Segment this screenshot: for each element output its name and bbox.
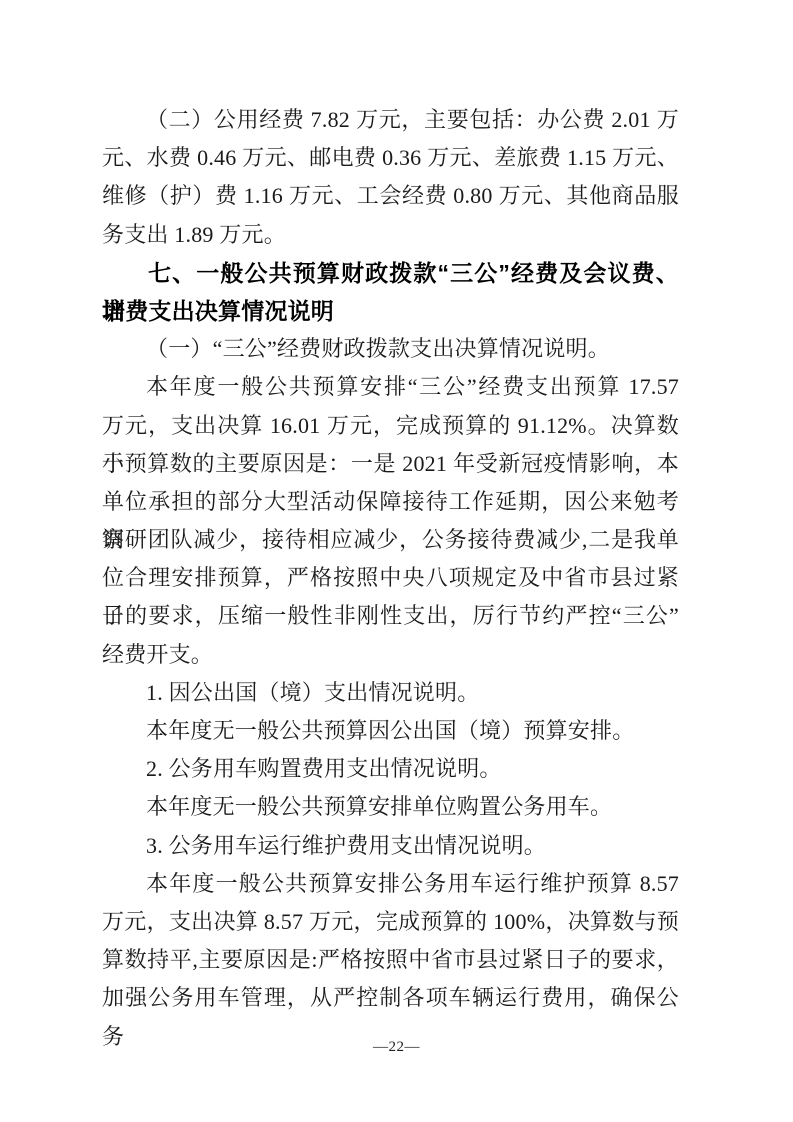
text-line: 2. 公务用车购置费用支出情况说明。: [102, 750, 679, 788]
text-line: 算数持平,主要原因是:严格按照中省市县过紧日子的要求，: [102, 941, 679, 979]
paragraph: 3. 公务用车运行维护费用支出情况说明。: [102, 827, 679, 865]
text-line: 本年度无一般公共预算安排单位购置公务用车。: [102, 788, 679, 826]
text-line: 七、一般公共预算财政拨款“三公”经费及会议费、培: [102, 254, 679, 292]
paragraph: （二）公用经费 7.82 万元，主要包括：办公费 2.01 万元、水费 0.46…: [102, 101, 679, 254]
document-body: （二）公用经费 7.82 万元，主要包括：办公费 2.01 万元、水费 0.46…: [102, 101, 679, 1018]
paragraph: 本年度一般公共预算安排公务用车运行维护预算 8.57万元，支出决算 8.57 万…: [102, 865, 679, 1018]
text-line: 经费开支。: [102, 636, 679, 674]
page-footer: —22—: [0, 1038, 793, 1056]
text-line: 万元，支出决算 16.01 万元，完成预算的 91.12%。决算数小: [102, 407, 679, 445]
text-line: 训费支出决算情况说明: [102, 292, 679, 330]
paragraph: 1. 因公出国（境）支出情况说明。: [102, 674, 679, 712]
text-line: 本年度一般公共预算安排公务用车运行维护预算 8.57: [102, 865, 679, 903]
page-number: —22—: [373, 1039, 420, 1055]
text-line: 务支出 1.89 万元。: [102, 216, 679, 254]
text-line: 1. 因公出国（境）支出情况说明。: [102, 674, 679, 712]
paragraph: 本年度无一般公共预算安排单位购置公务用车。: [102, 788, 679, 826]
text-line: 于预算数的主要原因是：一是 2021 年受新冠疫情影响，本: [102, 445, 679, 483]
text-line: 加强公务用车管理，从严控制各项车辆运行费用，确保公务: [102, 979, 679, 1017]
text-line: 维修（护）费 1.16 万元、工会经费 0.80 万元、其他商品服: [102, 177, 679, 215]
paragraph: 本年度一般公共预算安排“三公”经费支出预算 17.57万元，支出决算 16.01…: [102, 368, 679, 674]
paragraph: 本年度无一般公共预算因公出国（境）预算安排。: [102, 712, 679, 750]
text-line: 调研团队减少，接待相应减少，公务接待费减少,二是我单: [102, 521, 679, 559]
text-line: （二）公用经费 7.82 万元，主要包括：办公费 2.01 万: [102, 101, 679, 139]
text-line: （一）“三公”经费财政拨款支出决算情况说明。: [102, 330, 679, 368]
text-line: 子的要求，压缩一般性非刚性支出，厉行节约严控“三公”: [102, 597, 679, 635]
paragraph: 2. 公务用车购置费用支出情况说明。: [102, 750, 679, 788]
text-line: 本年度无一般公共预算因公出国（境）预算安排。: [102, 712, 679, 750]
section-heading: 七、一般公共预算财政拨款“三公”经费及会议费、培训费支出决算情况说明: [102, 254, 679, 330]
text-line: 元、水费 0.46 万元、邮电费 0.36 万元、差旅费 1.15 万元、: [102, 139, 679, 177]
text-line: 单位承担的部分大型活动保障接待工作延期，因公来勉考察: [102, 483, 679, 521]
text-line: 万元，支出决算 8.57 万元，完成预算的 100%，决算数与预: [102, 903, 679, 941]
paragraph: （一）“三公”经费财政拨款支出决算情况说明。: [102, 330, 679, 368]
text-line: 3. 公务用车运行维护费用支出情况说明。: [102, 827, 679, 865]
document-page: （二）公用经费 7.82 万元，主要包括：办公费 2.01 万元、水费 0.46…: [0, 0, 793, 1122]
text-line: 位合理安排预算，严格按照中央八项规定及中省市县过紧日: [102, 559, 679, 597]
text-line: 本年度一般公共预算安排“三公”经费支出预算 17.57: [102, 368, 679, 406]
